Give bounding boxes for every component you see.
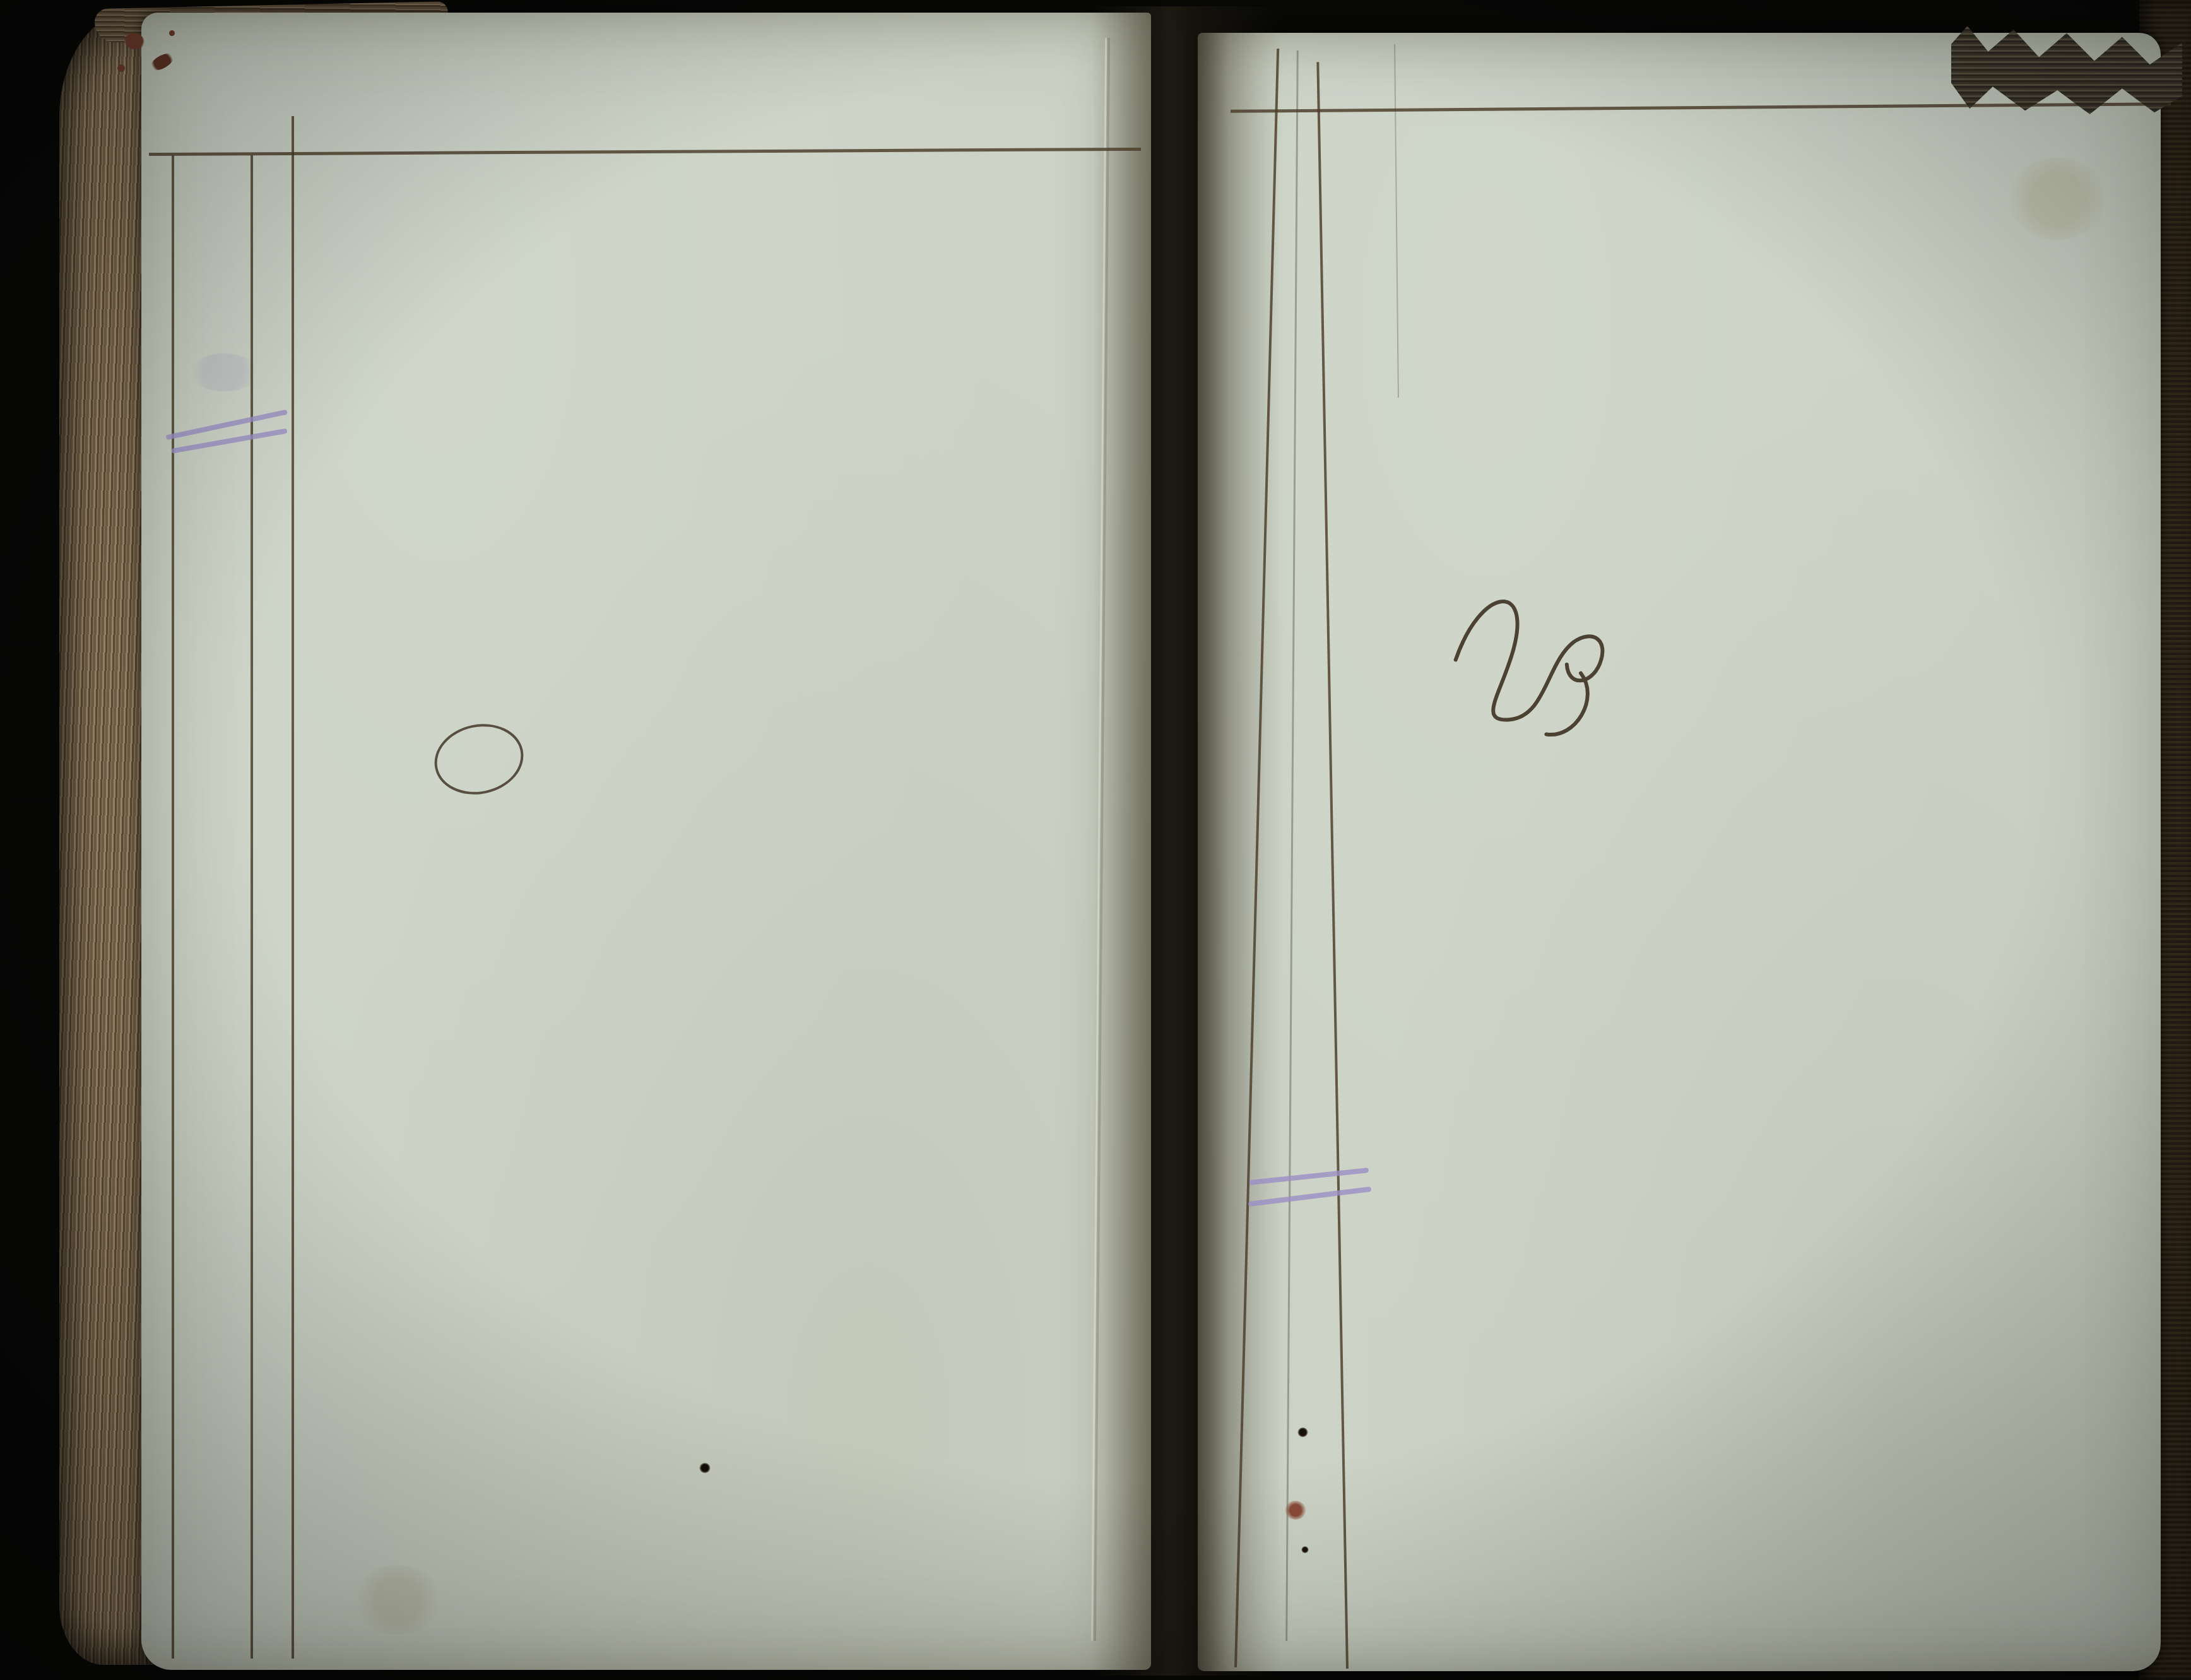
attestation-line — [1362, 1135, 1410, 1136]
strike-line — [1248, 1186, 1372, 1207]
folio-suffix — [163, 20, 167, 61]
strike-line — [1249, 1168, 1369, 1185]
attestation-line — [310, 254, 369, 254]
circled-notation — [428, 716, 530, 802]
attestation-line — [310, 177, 1111, 182]
dateline — [1386, 603, 1662, 651]
manuscript-photo — [0, 0, 2191, 1680]
large-flourish — [1450, 603, 1641, 750]
folio-number-left — [156, 14, 168, 81]
folio-number — [156, 15, 162, 82]
attestation-line — [1362, 1077, 1387, 1077]
